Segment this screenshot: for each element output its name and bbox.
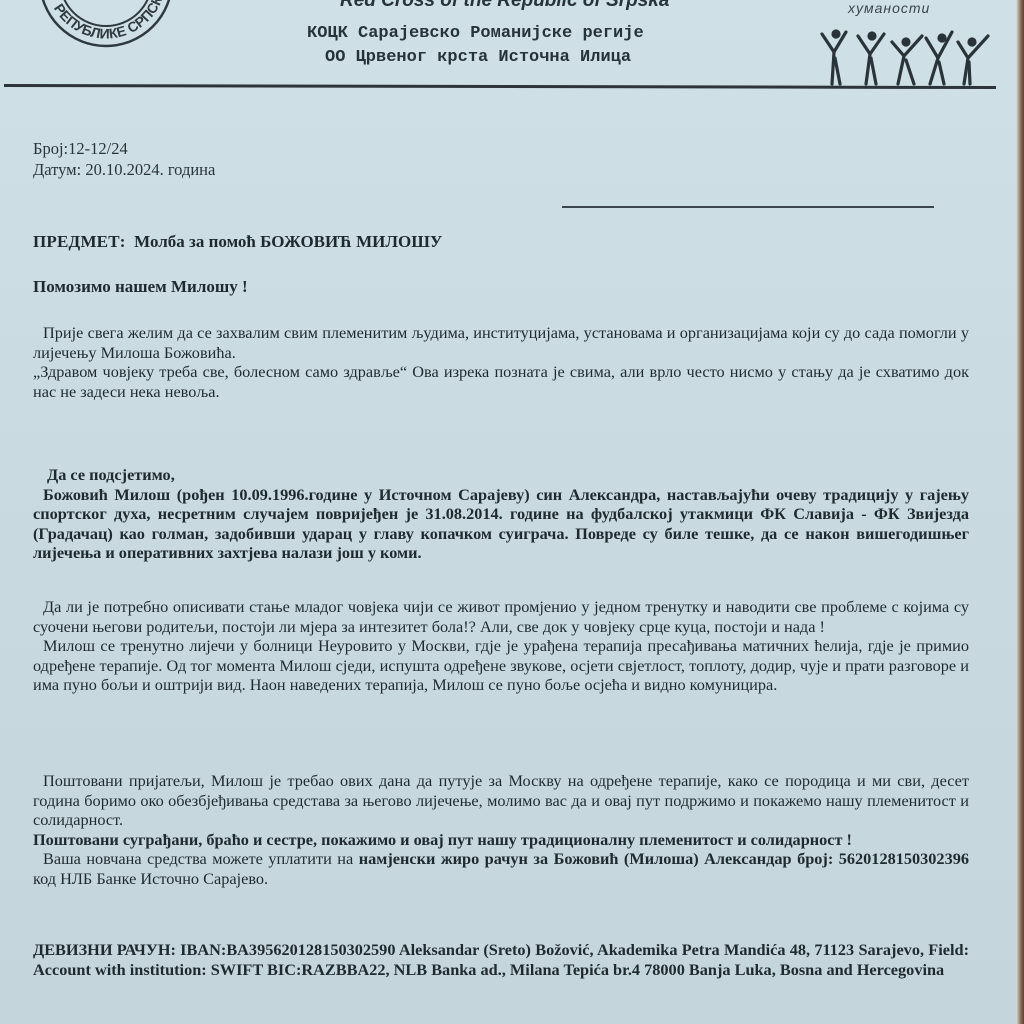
paragraph-treatment: Да ли је потребно описивати стање младог… (33, 597, 969, 695)
org-name-line-1: КОЦК Сарајевско Романијске регије (307, 24, 644, 43)
subject-line: ПРЕДМЕТ: Молба за помоћ БОЖОВИЋ МИЛОШУ (33, 232, 442, 252)
appeal-bold-text: Поштовани суграђани, браћо и сестре, пок… (33, 830, 969, 850)
address-line (562, 206, 934, 208)
red-cross-seal-icon: РЕПУБЛИКЕ СРПСКЕ (36, 0, 176, 52)
document-date: Датум: 20.10.2024. година (33, 160, 215, 180)
table-edge (1016, 0, 1024, 1024)
paragraph-appeal: Поштовани пријатељи, Милош је требао ови… (33, 771, 969, 888)
paragraph-thanks: Прије свега желим да се захвалим свим пл… (33, 323, 969, 401)
thanks-text: Прије свега желим да се захвалим свим пл… (33, 323, 969, 362)
subject-label: ПРЕДМЕТ: (33, 232, 126, 251)
payment-info: Ваша новчана средства можете уплатити на… (33, 849, 969, 888)
greeting: Помозимо нашем Милошу ! (33, 277, 248, 297)
raised-hands-people-icon (818, 28, 990, 86)
giro-account: намјенски жиро рачун за Божовић (Милоша)… (359, 849, 969, 868)
payment-intro: Ваша новчана средства можете уплатити на (43, 849, 359, 868)
org-name-english: Red Cross of the Republic of Srpska (340, 0, 669, 12)
bank-name: код НЛБ Банке Источно Сарајево. (33, 869, 268, 888)
foreign-account-info: ДЕВИЗНИ РАЧУН: IBAN:BA395620128150302590… (33, 940, 969, 979)
history-text: Божовић Милош (рођен 10.09.1996.године у… (33, 485, 969, 563)
paragraph-history: Да се подсјетимо, Божовић Милош (рођен 1… (33, 465, 969, 563)
treatment-text: Милош се тренутно лијечи у болници Неуро… (33, 636, 969, 695)
document-number: Број:12-12/24 (33, 139, 128, 159)
humanity-label: хуманости (848, 0, 930, 16)
org-name-line-2: ОО Црвеног крста Источна Илица (325, 48, 631, 67)
condition-text: Да ли је потребно описивати стање младог… (33, 597, 969, 636)
history-title: Да се подсјетимо, (47, 465, 969, 485)
quote-text: „Здравом човјеку треба све, болесном сам… (33, 362, 969, 401)
letter-page: РЕПУБЛИКЕ СРПСКЕ Red Cross of the Republ… (0, 0, 1016, 1024)
subject-text: Молба за помоћ БОЖОВИЋ МИЛОШУ (134, 232, 442, 251)
appeal-text: Поштовани пријатељи, Милош је требао ови… (33, 771, 969, 830)
